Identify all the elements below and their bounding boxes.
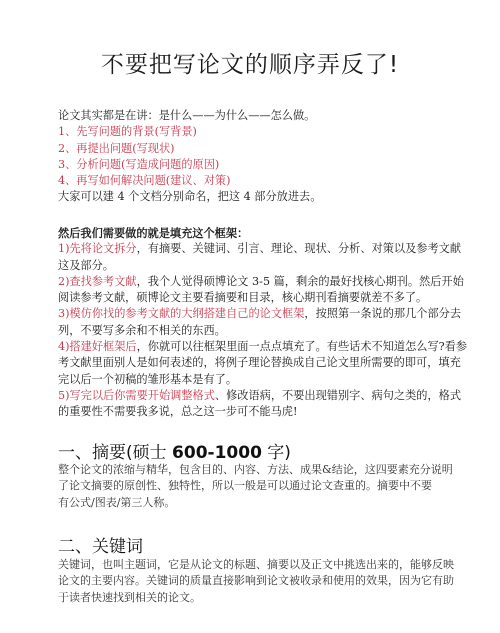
framework-item-1: 1)先将论文拆分，有摘要、关键词、引言、理论、现状、分析、对策以及参考文献	[58, 241, 458, 257]
framework-item-5: 5)写完以后你需要开始调整格式、修改语病，不要出现错别字、病句之类的，格式	[58, 388, 458, 404]
item-highlight: 4)搭建好框架后	[58, 340, 137, 353]
framework-item-3: 3)模仿你找的参考文献的大纲搭建自己的论文框架，按照第一条说的那几个部分去	[58, 306, 458, 322]
framework-item-4: 4)搭建好框架后，你就可以往框架里面一点点填充了。有些话术不知道怎么写?看参	[58, 339, 458, 355]
heading-number: 600-1000	[172, 443, 262, 463]
framework-item-5-cont: 的重要性不需要我多说，总之这一步可不能马虎!	[58, 404, 458, 420]
heading-suffix: 字)	[262, 443, 291, 463]
item-text: ，你就可以往框架里面一点点填充了。有些话术不知道怎么写?看参	[137, 340, 467, 353]
item-text: ，按照第一条说的那几个部分去	[304, 307, 461, 320]
framework-item-3-cont: 列，不要写多余和不相关的东西。	[58, 323, 458, 339]
abstract-line-3: 有公式/图表/第三人称。	[58, 495, 458, 511]
framework-block: 然后我们需要做的就是填充这个框架： 1)先将论文拆分，有摘要、关键词、引言、理论…	[58, 225, 458, 421]
abstract-line-2: 了论文摘要的原创性、独特性，所以一般是可以通过论文查重的。摘要中不要	[58, 478, 458, 494]
section-heading-abstract: 一、摘要(硕士 600-1000 字)	[58, 438, 291, 463]
item-highlight: 3)模仿你找的参考文献的大纲搭建自己的论文框架	[58, 307, 304, 320]
item-highlight: 5)写完以后你需要开始调整格式	[58, 389, 215, 402]
keywords-line-3: 于读者快速找到相关的论文。	[58, 590, 458, 606]
intro-lead: 论文其实都是在讲：是什么——为什么——怎么做。	[58, 108, 458, 124]
item-text: ，我个人觉得硕博论文 3-5 篇，剩余的最好找核心期刊。然后开始	[137, 275, 464, 288]
intro-tail: 大家可以建 4 个文档分别命名，把这 4 部分放进去。	[58, 189, 458, 205]
framework-heading: 然后我们需要做的就是填充这个框架：	[58, 225, 458, 241]
intro-step-2: 2、再提出问题(写现状)	[58, 141, 458, 157]
heading-prefix: 二、关键词	[58, 537, 143, 557]
keywords-line-1: 关键词，也叫主题词，它是从论文的标题、摘要以及正文中挑选出来的，能够反映	[58, 557, 458, 573]
section-body-abstract: 整个论文的浓缩与精华，包含目的、内容、方法、成果&结论，这四要素充分说明 了论文…	[58, 462, 458, 511]
item-highlight: 2)查找参考文献	[58, 275, 137, 288]
intro-step-3: 3、分析问题(写造成问题的原因)	[58, 157, 458, 173]
page-title: 不要把写论文的顺序弄反了!	[0, 46, 500, 79]
item-text: ，有摘要、关键词、引言、理论、现状、分析、对策以及参考文献	[137, 242, 461, 255]
item-highlight: 1)先将论文拆分	[58, 242, 137, 255]
framework-item-4-cont2: 完以后一个初稿的雏形基本是有了。	[58, 372, 458, 388]
intro-block: 论文其实都是在讲：是什么——为什么——怎么做。 1、先写问题的背景(写背景) 2…	[58, 108, 458, 206]
item-text: 、修改语病，不要出现错别字、病句之类的，格式	[215, 389, 461, 402]
intro-step-1: 1、先写问题的背景(写背景)	[58, 124, 458, 140]
abstract-line-1: 整个论文的浓缩与精华，包含目的、内容、方法、成果&结论，这四要素充分说明	[58, 462, 458, 478]
heading-prefix: 一、摘要(硕士	[58, 443, 172, 463]
framework-item-4-cont: 考文献里面别人是如何表述的，将例子理论替换成自己论文里所需要的即可，填充	[58, 355, 458, 371]
section-body-keywords: 关键词，也叫主题词，它是从论文的标题、摘要以及正文中挑选出来的，能够反映 论文的…	[58, 557, 458, 606]
framework-item-2-cont: 阅读参考文献，硕博论文主要看摘要和目录，核心期刊看摘要就差不多了。	[58, 290, 458, 306]
framework-item-2: 2)查找参考文献，我个人觉得硕博论文 3-5 篇，剩余的最好找核心期刊。然后开始	[58, 274, 458, 290]
intro-step-4: 4、再写如何解决问题(建议、对策)	[58, 173, 458, 189]
framework-item-1-cont: 这及部分。	[58, 258, 458, 274]
section-heading-keywords: 二、关键词	[58, 532, 143, 557]
keywords-line-2: 论文的主要内容。关键词的质量直接影响到论文被收录和使用的效果，因为它有助	[58, 573, 458, 589]
